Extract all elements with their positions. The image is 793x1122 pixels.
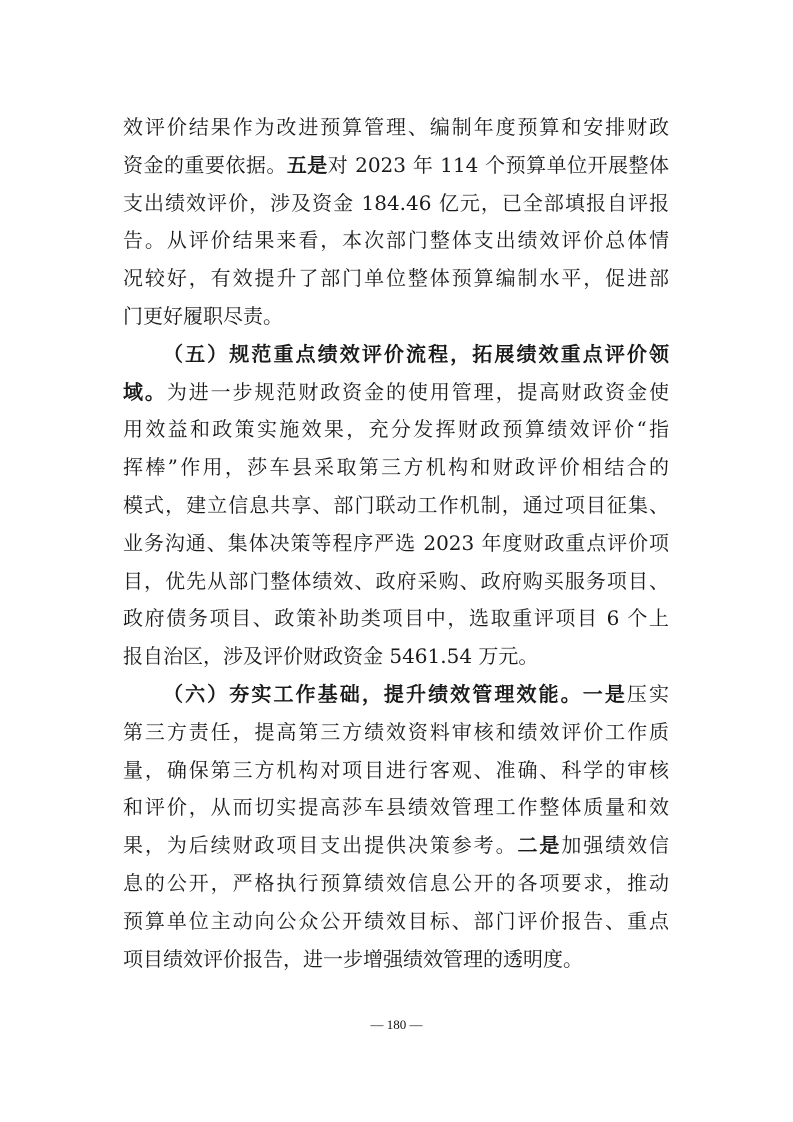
text-line: 报自治区，涉及评价财政资金 5461.54 万元。: [123, 638, 669, 676]
text-segment: 项目绩效评价报告，进一步增强绩效管理的透明度。: [123, 947, 583, 971]
text-segment: 挥棒”作用，莎车县采取第三方机构和财政评价相结合的: [123, 455, 669, 479]
text-segment: 目，优先从部门整体绩效、政府采购、政府购买服务项目、: [123, 569, 669, 593]
text-line: 支出绩效评价，涉及资金 184.46 亿元，已全部填报自评报: [123, 185, 669, 223]
text-line: 况较好，有效提升了部门单位整体预算编制水平，促进部: [123, 260, 669, 298]
text-line: 息的公开，严格执行预算绩效信息公开的各项要求，推动: [123, 865, 669, 903]
text-segment: 果，为后续财政项目支出提供决策参考。: [123, 833, 518, 857]
section-heading-6: （六）夯实工作基础，提升绩效管理效能。一是压实: [123, 676, 669, 714]
text-segment: 业务沟通、集体决策等程序严选 2023 年度财政重点评价项: [123, 531, 669, 555]
text-line: 和评价，从而切实提高莎车县绩效管理工作整体质量和效: [123, 789, 669, 827]
text-segment: 告。从评价结果来看，本次部门整体支出绩效评价总体情: [123, 228, 669, 252]
text-line: 预算单位主动向公众公开绩效目标、部门评价报告、重点: [123, 903, 669, 941]
text-segment: 况较好，有效提升了部门单位整体预算编制水平，促进部: [123, 266, 669, 290]
text-line: 目，优先从部门整体绩效、政府采购、政府购买服务项目、: [123, 563, 669, 601]
text-segment: 报自治区，涉及评价财政资金 5461.54 万元。: [123, 644, 538, 668]
text-line: 政府债务项目、政策补助类项目中，选取重评项目 6 个上: [123, 600, 669, 638]
section-heading-5: （五）规范重点绩效评价流程，拓展绩效重点评价领: [123, 336, 669, 374]
text-line: 业务沟通、集体决策等程序严选 2023 年度财政重点评价项: [123, 525, 669, 563]
text-segment: 资金的重要依据。: [123, 153, 287, 177]
text-segment: 和评价，从而切实提高莎车县绩效管理工作整体质量和效: [123, 795, 669, 819]
bold-text-segment: （五）规范重点绩效评价流程，拓展绩效重点评价领: [163, 342, 669, 366]
text-line: 项目绩效评价报告，进一步增强绩效管理的透明度。: [123, 941, 669, 979]
text-line: 门更好履职尽责。: [123, 298, 669, 336]
text-line: 第三方责任，提高第三方绩效资料审核和绩效评价工作质: [123, 714, 669, 752]
text-segment: 压实: [627, 682, 669, 706]
text-line: 挥棒”作用，莎车县采取第三方机构和财政评价相结合的: [123, 449, 669, 487]
bold-text-segment: （六）夯实工作基础，提升绩效管理效能。一是: [163, 682, 627, 706]
text-segment: 支出绩效评价，涉及资金 184.46 亿元，已全部填报自评报: [123, 191, 669, 215]
text-segment: 效评价结果作为改进预算管理、编制年度预算和安排财政: [123, 115, 669, 139]
page-number: — 180 —: [0, 1017, 793, 1033]
text-segment: 政府债务项目、政策补助类项目中，选取重评项目 6 个上: [123, 606, 669, 630]
text-segment: 量，确保第三方机构对项目进行客观、准确、科学的审核: [123, 758, 669, 782]
text-line: 告。从评价结果来看，本次部门整体支出绩效评价总体情: [123, 222, 669, 260]
text-segment: 门更好履职尽责。: [123, 304, 283, 328]
text-segment: 模式，建立信息共享、部门联动工作机制，通过项目征集、: [123, 493, 669, 517]
text-segment: 息的公开，严格执行预算绩效信息公开的各项要求，推动: [123, 871, 669, 895]
text-line: 效评价结果作为改进预算管理、编制年度预算和安排财政: [123, 109, 669, 147]
document-page: 效评价结果作为改进预算管理、编制年度预算和安排财政 资金的重要依据。五是对 20…: [0, 0, 793, 1122]
text-segment: 第三方责任，提高第三方绩效资料审核和绩效评价工作质: [123, 720, 669, 744]
bold-text-segment: 域。: [123, 380, 167, 404]
text-line: 模式，建立信息共享、部门联动工作机制，通过项目征集、: [123, 487, 669, 525]
body-text: 效评价结果作为改进预算管理、编制年度预算和安排财政 资金的重要依据。五是对 20…: [123, 109, 669, 978]
text-line: 量，确保第三方机构对项目进行客观、准确、科学的审核: [123, 752, 669, 790]
bold-text-segment: 二是: [518, 833, 562, 857]
bold-text-segment: 五是: [287, 153, 328, 177]
text-line: 果，为后续财政项目支出提供决策参考。二是加强绩效信: [123, 827, 669, 865]
text-segment: 用效益和政策实施效果，充分发挥财政预算绩效评价“指: [123, 417, 669, 441]
text-segment: 为进一步规范财政资金的使用管理，提高财政资金使: [167, 380, 669, 404]
text-line: 域。为进一步规范财政资金的使用管理，提高财政资金使: [123, 374, 669, 412]
text-line: 用效益和政策实施效果，充分发挥财政预算绩效评价“指: [123, 411, 669, 449]
text-segment: 对 2023 年 114 个预算单位开展整体: [328, 153, 669, 177]
text-segment: 预算单位主动向公众公开绩效目标、部门评价报告、重点: [123, 909, 669, 933]
text-segment: 加强绩效信: [561, 833, 669, 857]
text-line: 资金的重要依据。五是对 2023 年 114 个预算单位开展整体: [123, 147, 669, 185]
